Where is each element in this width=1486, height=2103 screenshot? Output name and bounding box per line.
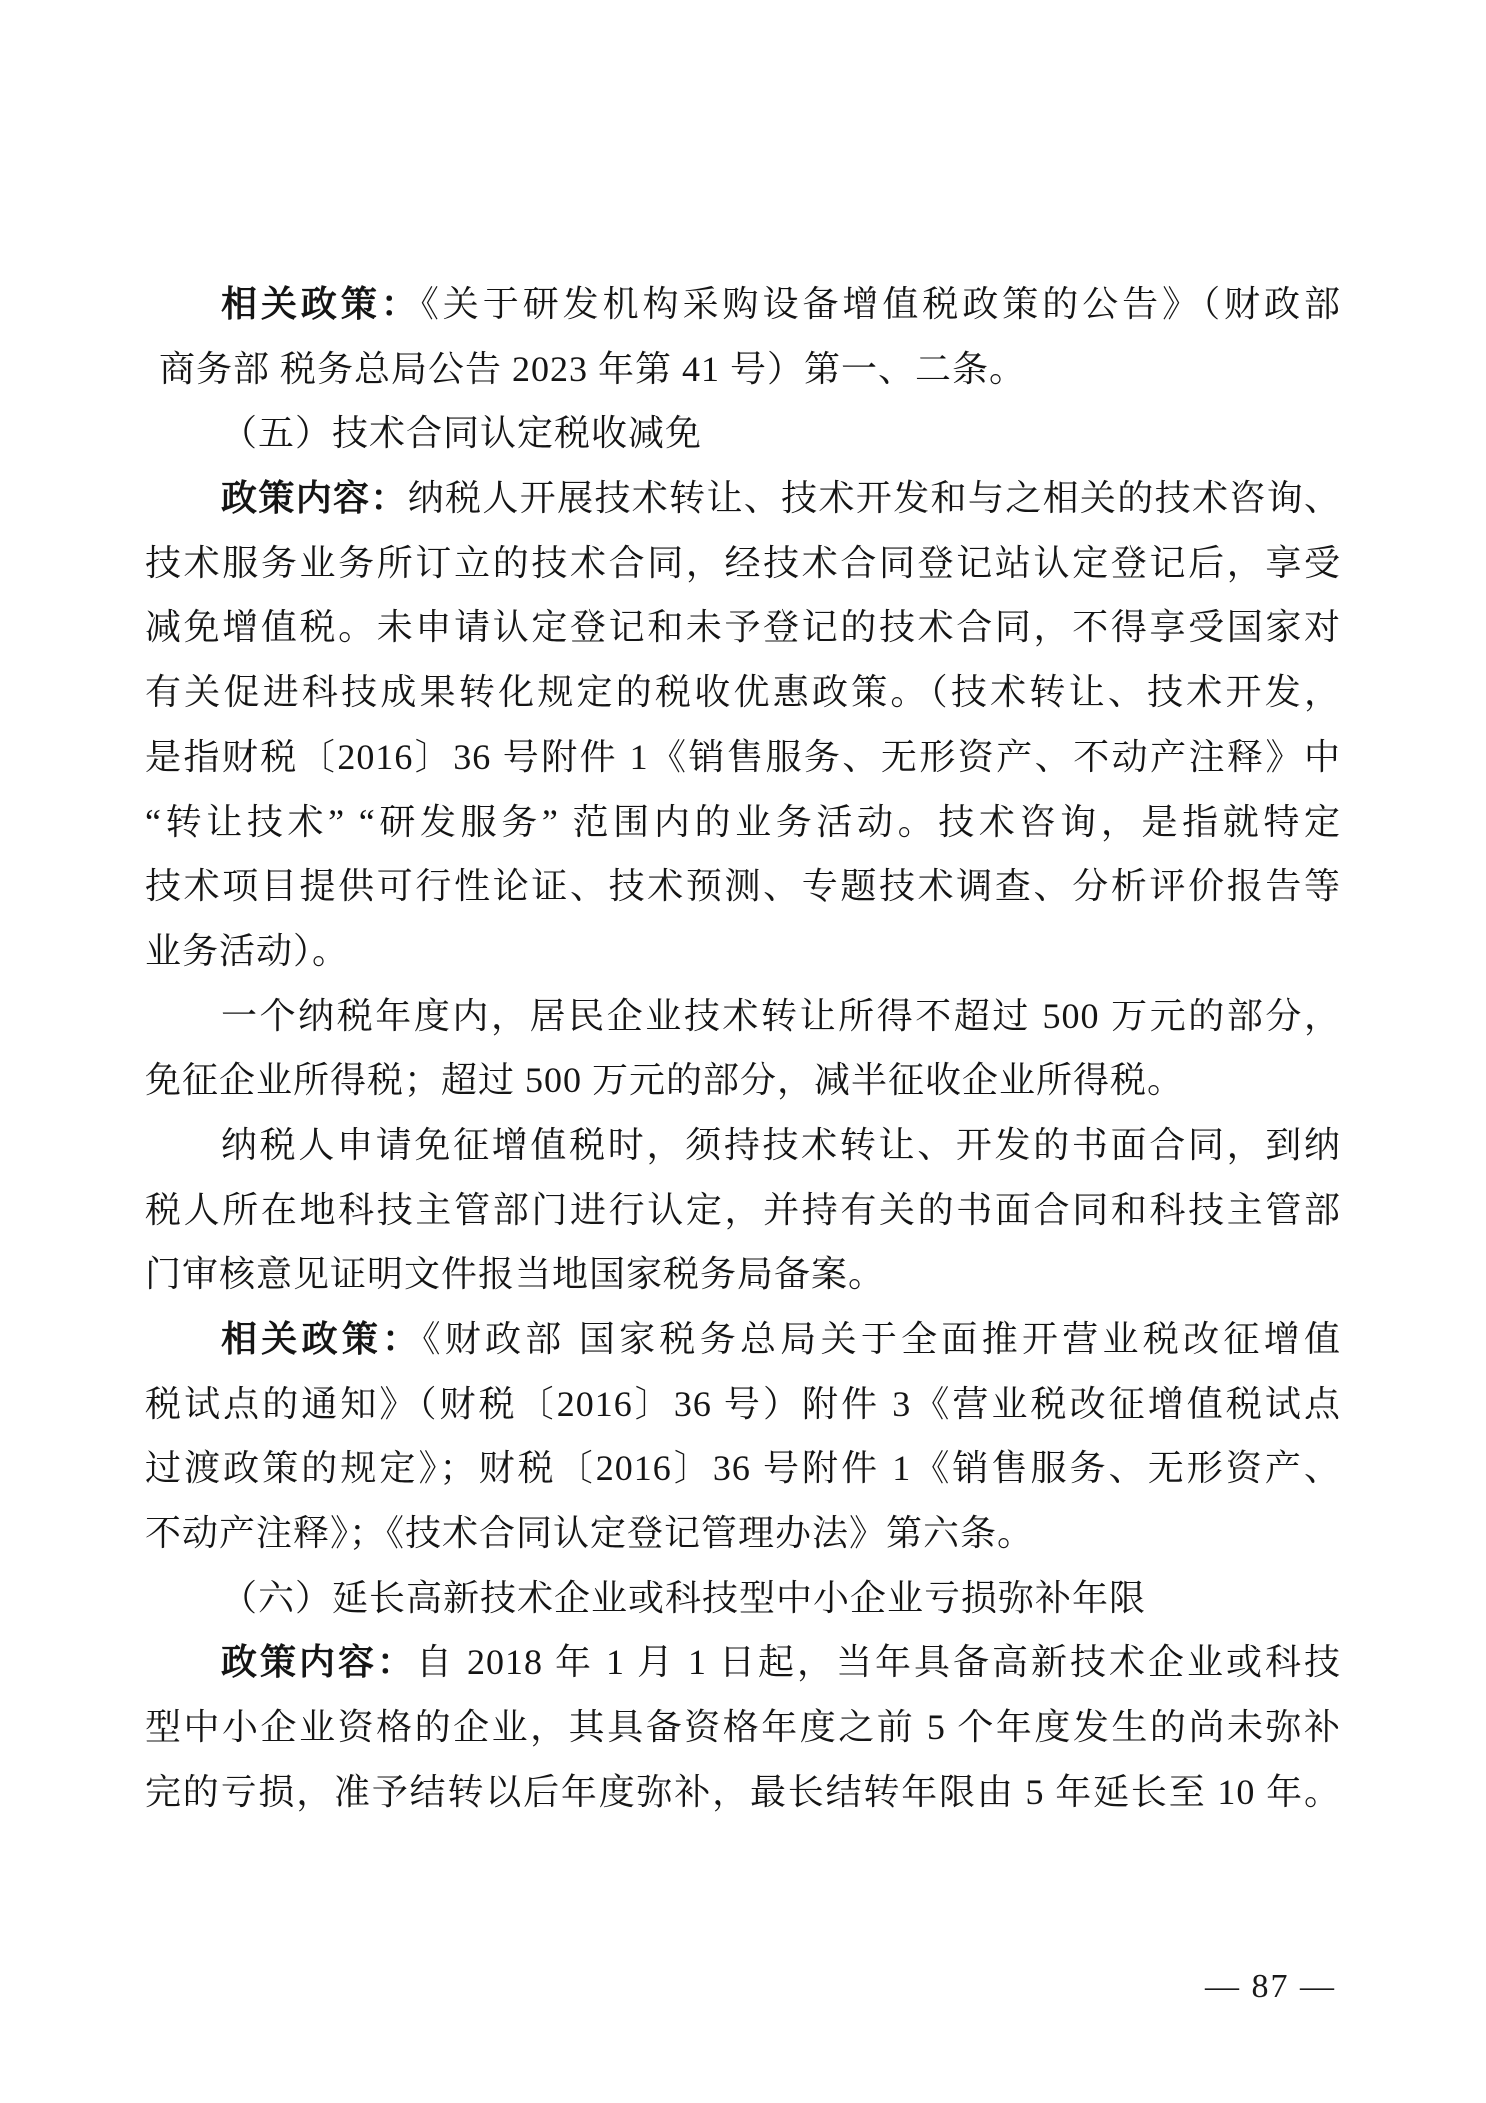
text-line: 门审核意见证明文件报当地国家税务局备案。: [145, 1242, 1341, 1307]
line-text: 商务部 税务总局公告 2023 年第 41 号）第一、二条。: [159, 349, 1026, 389]
line-text: “转让技术” “研发服务” 范围内的业务活动。技术咨询，是指就特定: [145, 802, 1341, 842]
text-line: 完的亏损，准予结转以后年度弥补，最长结转年限由 5 年延长至 10 年。: [145, 1760, 1341, 1825]
line-text: 不动产注释》；《技术合同认定登记管理办法》第六条。: [145, 1513, 1034, 1553]
line-text: 减免增值税。未申请认定登记和未予登记的技术合同，不得享受国家对: [145, 607, 1341, 647]
text-line: 纳税人申请免征增值税时，须持技术转让、开发的书面合同，到纳: [145, 1113, 1341, 1178]
text-line: 不动产注释》；《技术合同认定登记管理办法》第六条。: [145, 1501, 1341, 1566]
bold-lead-in: 相关政策：: [221, 284, 421, 324]
section-heading: （五）技术合同认定税收减免: [145, 401, 1341, 466]
text-line: 有关促进科技成果转化规定的税收优惠政策。（技术转让、技术开发，: [145, 660, 1341, 725]
line-text: （六）延长高新技术企业或科技型中小企业亏损弥补年限: [221, 1578, 1146, 1618]
text-line: 免征企业所得税；超过 500 万元的部分，减半征收企业所得税。: [145, 1048, 1341, 1113]
text-line: 政策内容：自 2018 年 1 月 1 日起，当年具备高新技术企业或科技: [145, 1630, 1341, 1695]
line-text: 业务活动）。: [145, 931, 349, 971]
text-line: 商务部 税务总局公告 2023 年第 41 号）第一、二条。: [145, 337, 1341, 402]
text-line: 减免增值税。未申请认定登记和未予登记的技术合同，不得享受国家对: [145, 595, 1341, 660]
line-text: 自 2018 年 1 月 1 日起，当年具备高新技术企业或科技: [416, 1642, 1341, 1682]
document-page: 相关政策：《关于研发机构采购设备增值税政策的公告》（财政部 商务部 税务总局公告…: [0, 0, 1486, 2103]
line-text: 《关于研发机构采购设备增值税政策的公告》（财政部: [421, 284, 1341, 324]
text-line: 型中小企业资格的企业，其具备资格年度之前 5 个年度发生的尚未弥补: [145, 1695, 1341, 1760]
text-line: 税人所在地科技主管部门进行认定，并持有关的书面合同和科技主管部: [145, 1178, 1341, 1243]
text-line: 技术项目提供可行性论证、技术预测、专题技术调查、分析评价报告等: [145, 854, 1341, 919]
line-text: 型中小企业资格的企业，其具备资格年度之前 5 个年度发生的尚未弥补: [145, 1707, 1341, 1747]
bold-lead-in: 政策内容：: [221, 1642, 416, 1682]
line-text: 税试点的通知》（财税〔2016〕36 号）附件 3《营业税改征增值税试点: [145, 1384, 1341, 1424]
line-text: 技术项目提供可行性论证、技术预测、专题技术调查、分析评价报告等: [145, 866, 1341, 906]
text-line: 相关政策：《关于研发机构采购设备增值税政策的公告》（财政部: [145, 272, 1341, 337]
text-line: 政策内容：纳税人开展技术转让、技术开发和与之相关的技术咨询、: [145, 466, 1341, 531]
text-line: 过渡政策的规定》；财税〔2016〕36 号附件 1《销售服务、无形资产、: [145, 1436, 1341, 1501]
text-line: 业务活动）。: [145, 919, 1341, 984]
text-line: 一个纳税年度内，居民企业技术转让所得不超过 500 万元的部分，: [145, 984, 1341, 1049]
line-text: 《财政部 国家税务总局关于全面推开营业税改征增值: [422, 1319, 1341, 1359]
text-line: 税试点的通知》（财税〔2016〕36 号）附件 3《营业税改征增值税试点: [145, 1372, 1341, 1437]
line-text: 一个纳税年度内，居民企业技术转让所得不超过 500 万元的部分，: [221, 996, 1341, 1036]
bold-lead-in: 相关政策：: [221, 1319, 422, 1359]
text-line: 技术服务业务所订立的技术合同，经技术合同登记站认定登记后，享受: [145, 531, 1341, 596]
line-text: 过渡政策的规定》；财税〔2016〕36 号附件 1《销售服务、无形资产、: [145, 1448, 1341, 1488]
text-line: 相关政策：《财政部 国家税务总局关于全面推开营业税改征增值: [145, 1307, 1341, 1372]
bold-lead-in: 政策内容：: [221, 478, 408, 518]
line-text: 纳税人申请免征增值税时，须持技术转让、开发的书面合同，到纳: [221, 1125, 1341, 1165]
line-text: （五）技术合同认定税收减免: [221, 413, 702, 453]
line-text: 免征企业所得税；超过 500 万元的部分，减半征收企业所得税。: [145, 1060, 1184, 1100]
line-text: 门审核意见证明文件报当地国家税务局备案。: [145, 1254, 885, 1294]
page-number: — 87 —: [1205, 1968, 1336, 2006]
line-text: 技术服务业务所订立的技术合同，经技术合同登记站认定登记后，享受: [145, 543, 1341, 583]
section-heading: （六）延长高新技术企业或科技型中小企业亏损弥补年限: [145, 1566, 1341, 1631]
line-text: 纳税人开展技术转让、技术开发和与之相关的技术咨询、: [408, 478, 1341, 518]
line-text: 税人所在地科技主管部门进行认定，并持有关的书面合同和科技主管部: [145, 1190, 1341, 1230]
line-text: 是指财税〔2016〕36 号附件 1《销售服务、无形资产、不动产注释》中: [145, 737, 1341, 777]
text-line: 是指财税〔2016〕36 号附件 1《销售服务、无形资产、不动产注释》中: [145, 725, 1341, 790]
line-text: 完的亏损，准予结转以后年度弥补，最长结转年限由 5 年延长至 10 年。: [145, 1772, 1341, 1812]
line-text: 有关促进科技成果转化规定的税收优惠政策。（技术转让、技术开发，: [145, 672, 1341, 712]
text-line: “转让技术” “研发服务” 范围内的业务活动。技术咨询，是指就特定: [145, 790, 1341, 855]
document-body: 相关政策：《关于研发机构采购设备增值税政策的公告》（财政部 商务部 税务总局公告…: [145, 272, 1341, 1825]
